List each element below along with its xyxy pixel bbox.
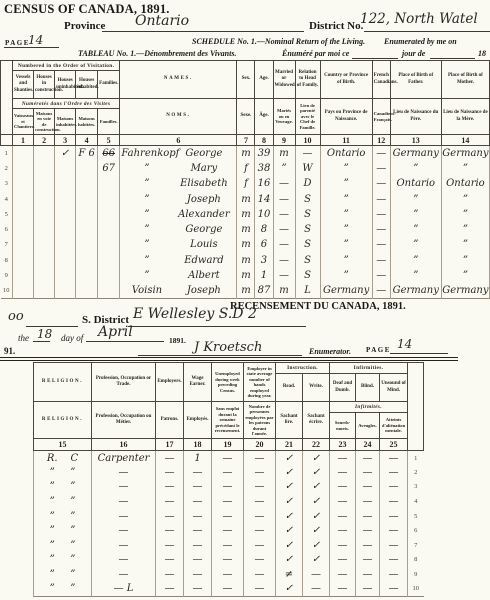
cell-vessels: [13, 161, 34, 176]
person-row: 1 ✓ F 6 66 FahrenkopfGeorge m 39 m — Ont…: [1, 146, 490, 161]
person-row: 7 ”Louis m 6 — S ” — ” ”: [1, 237, 490, 252]
cell-birthplace: ”: [320, 222, 372, 237]
cell-unsound: —: [380, 582, 408, 597]
colnum-25: 25: [380, 439, 408, 451]
cell-vessels: [13, 253, 34, 268]
col-birthplace-en: Country or Province of Birth.: [320, 61, 372, 99]
person-row-right: ” ” — L — — — — ✓ — — — — 10: [34, 582, 424, 597]
cell-birthplace: Ontario: [320, 146, 372, 161]
cell-family-number: [98, 191, 120, 206]
cell-mother-birthplace: ”: [441, 253, 489, 268]
person-row-right: ” ” — — — — — ✓ ✓ — — — 5: [34, 509, 424, 524]
given-name: Alexander: [173, 209, 236, 220]
cell-family-number: [98, 222, 120, 237]
cell-vessels: [13, 207, 34, 222]
row-number: 2: [1, 161, 13, 176]
col-father-birth-fr: Lieu de Naissance du Père.: [390, 99, 441, 135]
religion-part-1: ”: [50, 481, 55, 492]
cell-mother-birthplace: ”: [441, 268, 489, 283]
col-religion-en: RELIGION.: [34, 363, 92, 402]
enumerator-signature: J Kroetsch: [194, 340, 262, 355]
cell-religion: R. C: [34, 451, 92, 466]
day-underline: [33, 341, 50, 342]
row-number-right: 3: [408, 480, 424, 495]
cell-mother-birthplace: Ontario: [441, 176, 489, 191]
religion-part-1: ”: [50, 583, 55, 594]
enumerator-label: Enumerator.: [309, 347, 351, 356]
cell-employer: —: [156, 509, 184, 524]
col-uninhabited-en: Houses uninhabited.: [55, 71, 76, 99]
col-write-en: Write.: [303, 374, 330, 402]
cell-hands-employed: —: [244, 451, 276, 466]
cell-inhabited: F 6: [76, 146, 98, 161]
cell-unemployed: —: [212, 451, 244, 466]
cell-religion: ” ”: [34, 523, 92, 538]
cell-wage-earner: —: [184, 538, 212, 553]
cell-hands-employed: —: [244, 480, 276, 495]
cell-deaf: —: [330, 582, 356, 597]
person-row-right: ” ” — — — — — ✓ ✓ — — — 8: [34, 553, 424, 568]
instruction-group-en: Instruction.: [276, 363, 330, 374]
cell-write: ✓: [303, 465, 330, 480]
cell-construction: [34, 222, 55, 237]
col-sex-en: Sex.: [237, 61, 255, 99]
year-prefix: 18: [478, 49, 486, 58]
col-construction-en: Houses in construction.: [34, 71, 55, 99]
day-of-label: day of: [61, 333, 83, 343]
colnum-14: 14: [441, 135, 489, 146]
surname: ”: [121, 178, 172, 189]
surname: Voisin: [121, 285, 172, 296]
cell-blind: —: [356, 582, 380, 597]
cell-vessels: [13, 237, 34, 252]
row-number: 8: [1, 253, 13, 268]
month-value: April: [98, 324, 133, 340]
cell-read: ✓: [276, 451, 303, 466]
cell-sex: m: [237, 237, 255, 252]
col-occupation-fr: Profession, Occupation ou Métier.: [92, 402, 156, 439]
cell-write: —: [303, 567, 330, 582]
cell-age: 39: [255, 146, 273, 161]
cell-construction: [34, 253, 55, 268]
col-age-fr: Âge.: [255, 99, 273, 135]
cell-sex: m: [237, 207, 255, 222]
cell-occupation: —: [92, 494, 156, 509]
cell-write: ✓: [303, 494, 330, 509]
cell-name: ”George: [120, 222, 237, 237]
cell-religion: ” ”: [34, 582, 92, 597]
row-number-right: 7: [408, 538, 424, 553]
cell-inhabited: [76, 253, 98, 268]
religion-part-1: ”: [50, 525, 55, 536]
cell-relation: S: [295, 253, 320, 268]
day-blank-underline: [352, 58, 398, 59]
colnum-16: 16: [92, 439, 156, 451]
cell-employer: —: [156, 465, 184, 480]
row-number-right: 4: [408, 494, 424, 509]
page-value: 14: [28, 33, 43, 47]
given-name: Mary: [173, 163, 236, 174]
cell-father-birthplace: ”: [390, 161, 441, 176]
cell-mother-birthplace: Germany: [441, 146, 489, 161]
cell-deaf: —: [330, 494, 356, 509]
cell-hands-employed: —: [244, 523, 276, 538]
col-construction-fr: Maisons en voie de construction.: [34, 109, 55, 135]
colnum-24: 24: [356, 439, 380, 451]
person-row: 8 ”Edward m 3 — S ” — ” ”: [1, 253, 490, 268]
cell-relation: L: [295, 283, 320, 298]
page-underline: [4, 47, 59, 48]
religion-part-1: ”: [50, 554, 55, 565]
cell-deaf: —: [330, 509, 356, 524]
cell-birthplace: ”: [320, 161, 372, 176]
cell-inhabited: [76, 237, 98, 252]
col-age-en: Age.: [255, 61, 273, 99]
province-label: Province: [64, 20, 105, 32]
cell-vessels: [13, 268, 34, 283]
given-name: Elisabeth: [173, 178, 236, 189]
surname: ”: [121, 224, 172, 235]
colnum-4: 4: [76, 135, 98, 146]
cell-birthplace: ”: [320, 176, 372, 191]
col-families-en: Families.: [98, 71, 120, 99]
colnum-23: 23: [330, 439, 356, 451]
person-row: 10 VoisinJoseph m 87 m L Germany — Germa…: [1, 283, 490, 298]
cell-relation: S: [295, 207, 320, 222]
colnum-22: 22: [303, 439, 330, 451]
cell-married: m: [273, 146, 295, 161]
given-name: George: [173, 148, 236, 159]
jour-de-label: jour de: [402, 49, 425, 58]
col-relation-en: Relation to Head of Family.: [295, 61, 320, 99]
cell-father-birthplace: Ontario: [390, 176, 441, 191]
cell-sex: m: [237, 146, 255, 161]
religion-part-2: ”: [70, 481, 75, 492]
person-row-right: R. C Carpenter — 1 — — ✓ ✓ — — — 1: [34, 451, 424, 466]
religion-part-2: ”: [70, 583, 75, 594]
cell-deaf: —: [330, 538, 356, 553]
person-row: 3 ”Elisabeth f 16 — D ” — Ontario Ontari…: [1, 176, 490, 191]
row-number-right: 10: [408, 582, 424, 597]
colnum-12: 12: [372, 135, 390, 146]
cell-read: ✓: [276, 538, 303, 553]
cell-write: ✓: [303, 480, 330, 495]
cell-unemployed: —: [212, 538, 244, 553]
cell-wage-earner: —: [184, 567, 212, 582]
cell-religion: ” ”: [34, 553, 92, 568]
row-number-right: 1: [408, 451, 424, 466]
cell-employer: —: [156, 494, 184, 509]
cell-uninhabited: [55, 283, 76, 298]
cell-wage-earner: —: [184, 465, 212, 480]
cell-french-canadian: —: [372, 161, 390, 176]
row-number: 7: [1, 237, 13, 252]
cell-french-canadian: —: [372, 191, 390, 206]
schedule1-header: Numbered in the Order of Visitation. NAM…: [1, 61, 490, 146]
surname: ”: [121, 255, 172, 266]
cell-read: ✓: [276, 509, 303, 524]
cell-blind: —: [356, 494, 380, 509]
district-underline: [364, 31, 490, 32]
cell-relation: S: [295, 222, 320, 237]
cell-write: ✓: [303, 538, 330, 553]
cell-uninhabited: [55, 253, 76, 268]
cell-french-canadian: —: [372, 237, 390, 252]
cell-relation: D: [295, 176, 320, 191]
col-unsound-en: Unsound of Mind.: [380, 374, 408, 402]
cell-inhabited: [76, 283, 98, 298]
cell-wage-earner: 1: [184, 451, 212, 466]
cell-unemployed: —: [212, 553, 244, 568]
colnum-blank: [1, 135, 13, 146]
cell-write: ✓: [303, 553, 330, 568]
cell-write: ✓: [303, 451, 330, 466]
cell-wage-earner: —: [184, 523, 212, 538]
cell-french-canadian: —: [372, 283, 390, 298]
cell-vessels: [13, 176, 34, 191]
cell-relation: W: [295, 161, 320, 176]
cell-wage-earner: —: [184, 582, 212, 597]
cell-construction: [34, 283, 55, 298]
cell-family-number: [98, 207, 120, 222]
cell-family-number: [98, 253, 120, 268]
cell-blind: —: [356, 509, 380, 524]
colnum-19: 19: [212, 439, 244, 451]
cell-unemployed: —: [212, 494, 244, 509]
cell-married: —: [273, 268, 295, 283]
cell-hands-employed: —: [244, 567, 276, 582]
cell-mother-birthplace: ”: [441, 237, 489, 252]
given-name: Joseph: [173, 285, 236, 296]
cell-occupation: — L: [92, 582, 156, 597]
cell-father-birthplace: ”: [390, 253, 441, 268]
col-vessels-fr: Vaisseaux et Chantiers.: [13, 109, 34, 135]
cell-wage-earner: —: [184, 553, 212, 568]
cell-sex: m: [237, 222, 255, 237]
cell-employer: —: [156, 480, 184, 495]
given-name: George: [173, 224, 236, 235]
person-row-right: ” ” — — — — — ✓ ✓ — — — 4: [34, 494, 424, 509]
given-name: Joseph: [173, 194, 236, 205]
cell-french-canadian: —: [372, 253, 390, 268]
cell-family-number: 66: [98, 146, 120, 161]
col-families-fr: Familles.: [98, 109, 120, 135]
row-number: 6: [1, 222, 13, 237]
colnum-2: 2: [34, 135, 55, 146]
cell-age: 1: [255, 268, 273, 283]
section-divider-rule: [0, 357, 458, 361]
row-number: 5: [1, 207, 13, 222]
cell-unsound: —: [380, 480, 408, 495]
cell-deaf: —: [330, 465, 356, 480]
cell-mother-birthplace: ”: [441, 191, 489, 206]
cell-mother-birthplace: Germany: [441, 283, 489, 298]
cell-french-canadian: —: [372, 146, 390, 161]
col-hands-employed-fr: Nombre de personnes employées par les pa…: [244, 402, 276, 439]
cell-religion: ” ”: [34, 567, 92, 582]
cell-read: ✓: [276, 480, 303, 495]
cell-age: 16: [255, 176, 273, 191]
row-number-right: 8: [408, 553, 424, 568]
row-number-right: 6: [408, 523, 424, 538]
cell-read: ✓: [276, 465, 303, 480]
province-underline: [102, 31, 304, 32]
religion-part-2: ”: [70, 511, 75, 522]
cell-name: ”Albert: [120, 268, 237, 283]
cell-father-birthplace: ”: [390, 222, 441, 237]
cell-unsound: —: [380, 465, 408, 480]
cell-unemployed: —: [212, 480, 244, 495]
cell-employer: —: [156, 451, 184, 466]
cell-deaf: —: [330, 480, 356, 495]
person-row: 9 ”Albert m 1 — S ” — ” ”: [1, 268, 490, 283]
cell-inhabited: [76, 176, 98, 191]
surname: ”: [121, 270, 172, 281]
religion-part-1: ”: [50, 467, 55, 478]
schedule-line-en: SCHEDULE No. 1.—Nominal Return of the Li…: [192, 37, 365, 46]
cell-read: ≠: [276, 567, 303, 582]
cell-inhabited: [76, 207, 98, 222]
cell-age: 10: [255, 207, 273, 222]
col-names-en: NAMES.: [120, 61, 237, 99]
cell-construction: [34, 191, 55, 206]
cell-wage-earner: —: [184, 494, 212, 509]
cell-name: ”Joseph: [120, 191, 237, 206]
cell-sex: m: [237, 253, 255, 268]
left-handwriting-fragment: oo: [8, 309, 24, 324]
cell-french-canadian: —: [372, 207, 390, 222]
col-hands-employed-en: Employer in state average number of hand…: [244, 363, 276, 402]
year-fragment: 91.: [4, 346, 15, 356]
rownum-col-header: [1, 61, 13, 135]
col-unemployed-en: Unemployed during week preceding Census.: [212, 363, 244, 402]
cell-write: ✓: [303, 523, 330, 538]
cell-occupation: —: [92, 480, 156, 495]
cell-uninhabited: [55, 161, 76, 176]
colnum-13: 13: [390, 135, 441, 146]
cell-occupation: —: [92, 509, 156, 524]
cell-name: ”Edward: [120, 253, 237, 268]
cell-read: ✓: [276, 553, 303, 568]
enumerated-label-fr: Énuméré par moi ce: [282, 49, 349, 58]
cell-married: m: [273, 283, 295, 298]
col-religion-fr: RELIGION.: [34, 402, 92, 439]
colnum-20: 20: [244, 439, 276, 451]
month-blank-underline: [430, 58, 475, 59]
colnum-7: 7: [237, 135, 255, 146]
cell-sex: f: [237, 176, 255, 191]
person-row-right: ” ” — — — — — ✓ ✓ — — — 3: [34, 480, 424, 495]
row-number: 3: [1, 176, 13, 191]
cell-uninhabited: [55, 191, 76, 206]
page-label-2: PAGE: [366, 346, 391, 354]
signature-underline: [138, 355, 302, 356]
person-row-right: ” ” — — — — — ✓ ✓ — — — 6: [34, 523, 424, 538]
cell-write: ✓: [303, 509, 330, 524]
cell-unsound: —: [380, 523, 408, 538]
cell-construction: [34, 146, 55, 161]
cell-deaf: —: [330, 567, 356, 582]
col-married-fr: Mariés ou en Veuvage.: [273, 99, 295, 135]
cell-construction: [34, 161, 55, 176]
col-mother-birth-en: Place of Birth of Mother.: [441, 61, 489, 99]
cell-name: ”Elisabeth: [120, 176, 237, 191]
cell-employer: —: [156, 553, 184, 568]
cell-occupation: —: [92, 523, 156, 538]
cell-unemployed: —: [212, 465, 244, 480]
given-name: Edward: [173, 255, 236, 266]
cell-uninhabited: [55, 176, 76, 191]
religion-part-2: ”: [70, 496, 75, 507]
cell-blind: —: [356, 553, 380, 568]
col-mother-birth-fr: Lieu de Naissance de la Mère.: [441, 99, 489, 135]
person-row: 4 ”Joseph m 14 — S ” — ” ”: [1, 191, 490, 206]
cell-unemployed: —: [212, 582, 244, 597]
cell-write: —: [303, 582, 330, 597]
surname: ”: [121, 194, 172, 205]
colnum-5: 5: [98, 135, 120, 146]
cell-vessels: [13, 222, 34, 237]
cell-hands-employed: —: [244, 553, 276, 568]
row-number: 9: [1, 268, 13, 283]
cell-married: —: [273, 237, 295, 252]
cell-name: VoisinJoseph: [120, 283, 237, 298]
colnum-21: 21: [276, 439, 303, 451]
cell-unemployed: —: [212, 523, 244, 538]
cell-blind: —: [356, 567, 380, 582]
given-name: Albert: [173, 270, 236, 281]
cell-birthplace: ”: [320, 191, 372, 206]
cell-mother-birthplace: ”: [441, 161, 489, 176]
colnum-9: 9: [273, 135, 295, 146]
cell-hands-employed: —: [244, 538, 276, 553]
cell-religion: ” ”: [34, 494, 92, 509]
row-number: 4: [1, 191, 13, 206]
col-french-fr: Canadiens-Français.: [372, 99, 390, 135]
cell-uninhabited: [55, 222, 76, 237]
cell-blind: —: [356, 538, 380, 553]
cell-sex: m: [237, 283, 255, 298]
cell-father-birthplace: ”: [390, 207, 441, 222]
cell-occupation: —: [92, 567, 156, 582]
schedule1-table-right: RELIGION. Profession, Occupation or Trad…: [33, 362, 424, 597]
cell-religion: ” ”: [34, 538, 92, 553]
cell-father-birthplace: ”: [390, 191, 441, 206]
cell-family-number: 67: [98, 161, 120, 176]
col-occupation-en: Profession, Occupation or Trade.: [92, 363, 156, 402]
cell-inhabited: [76, 161, 98, 176]
cell-blind: —: [356, 523, 380, 538]
colnum-3: 3: [55, 135, 76, 146]
cell-unsound: —: [380, 451, 408, 466]
cell-name: ”Alexander: [120, 207, 237, 222]
cell-father-birthplace: ”: [390, 237, 441, 252]
col-birthplace-fr: Pays ou Province de Naissance.: [320, 99, 372, 135]
colnum-15: 15: [34, 439, 92, 451]
cell-family-number: [98, 237, 120, 252]
cell-uninhabited: [55, 207, 76, 222]
cell-hands-employed: —: [244, 582, 276, 597]
cell-uninhabited: [55, 237, 76, 252]
cell-construction: [34, 237, 55, 252]
col-married-en: Married or Widowed.: [273, 61, 295, 99]
col-blind-en: Blind.: [356, 374, 380, 402]
person-row-right: ” ” — — — — — ≠ — — — — 9: [34, 567, 424, 582]
col-wage-earner-en: Wage Earner.: [184, 363, 212, 402]
row-number: 1: [1, 146, 13, 161]
cell-birthplace: ”: [320, 268, 372, 283]
religion-part-1: ”: [50, 511, 55, 522]
